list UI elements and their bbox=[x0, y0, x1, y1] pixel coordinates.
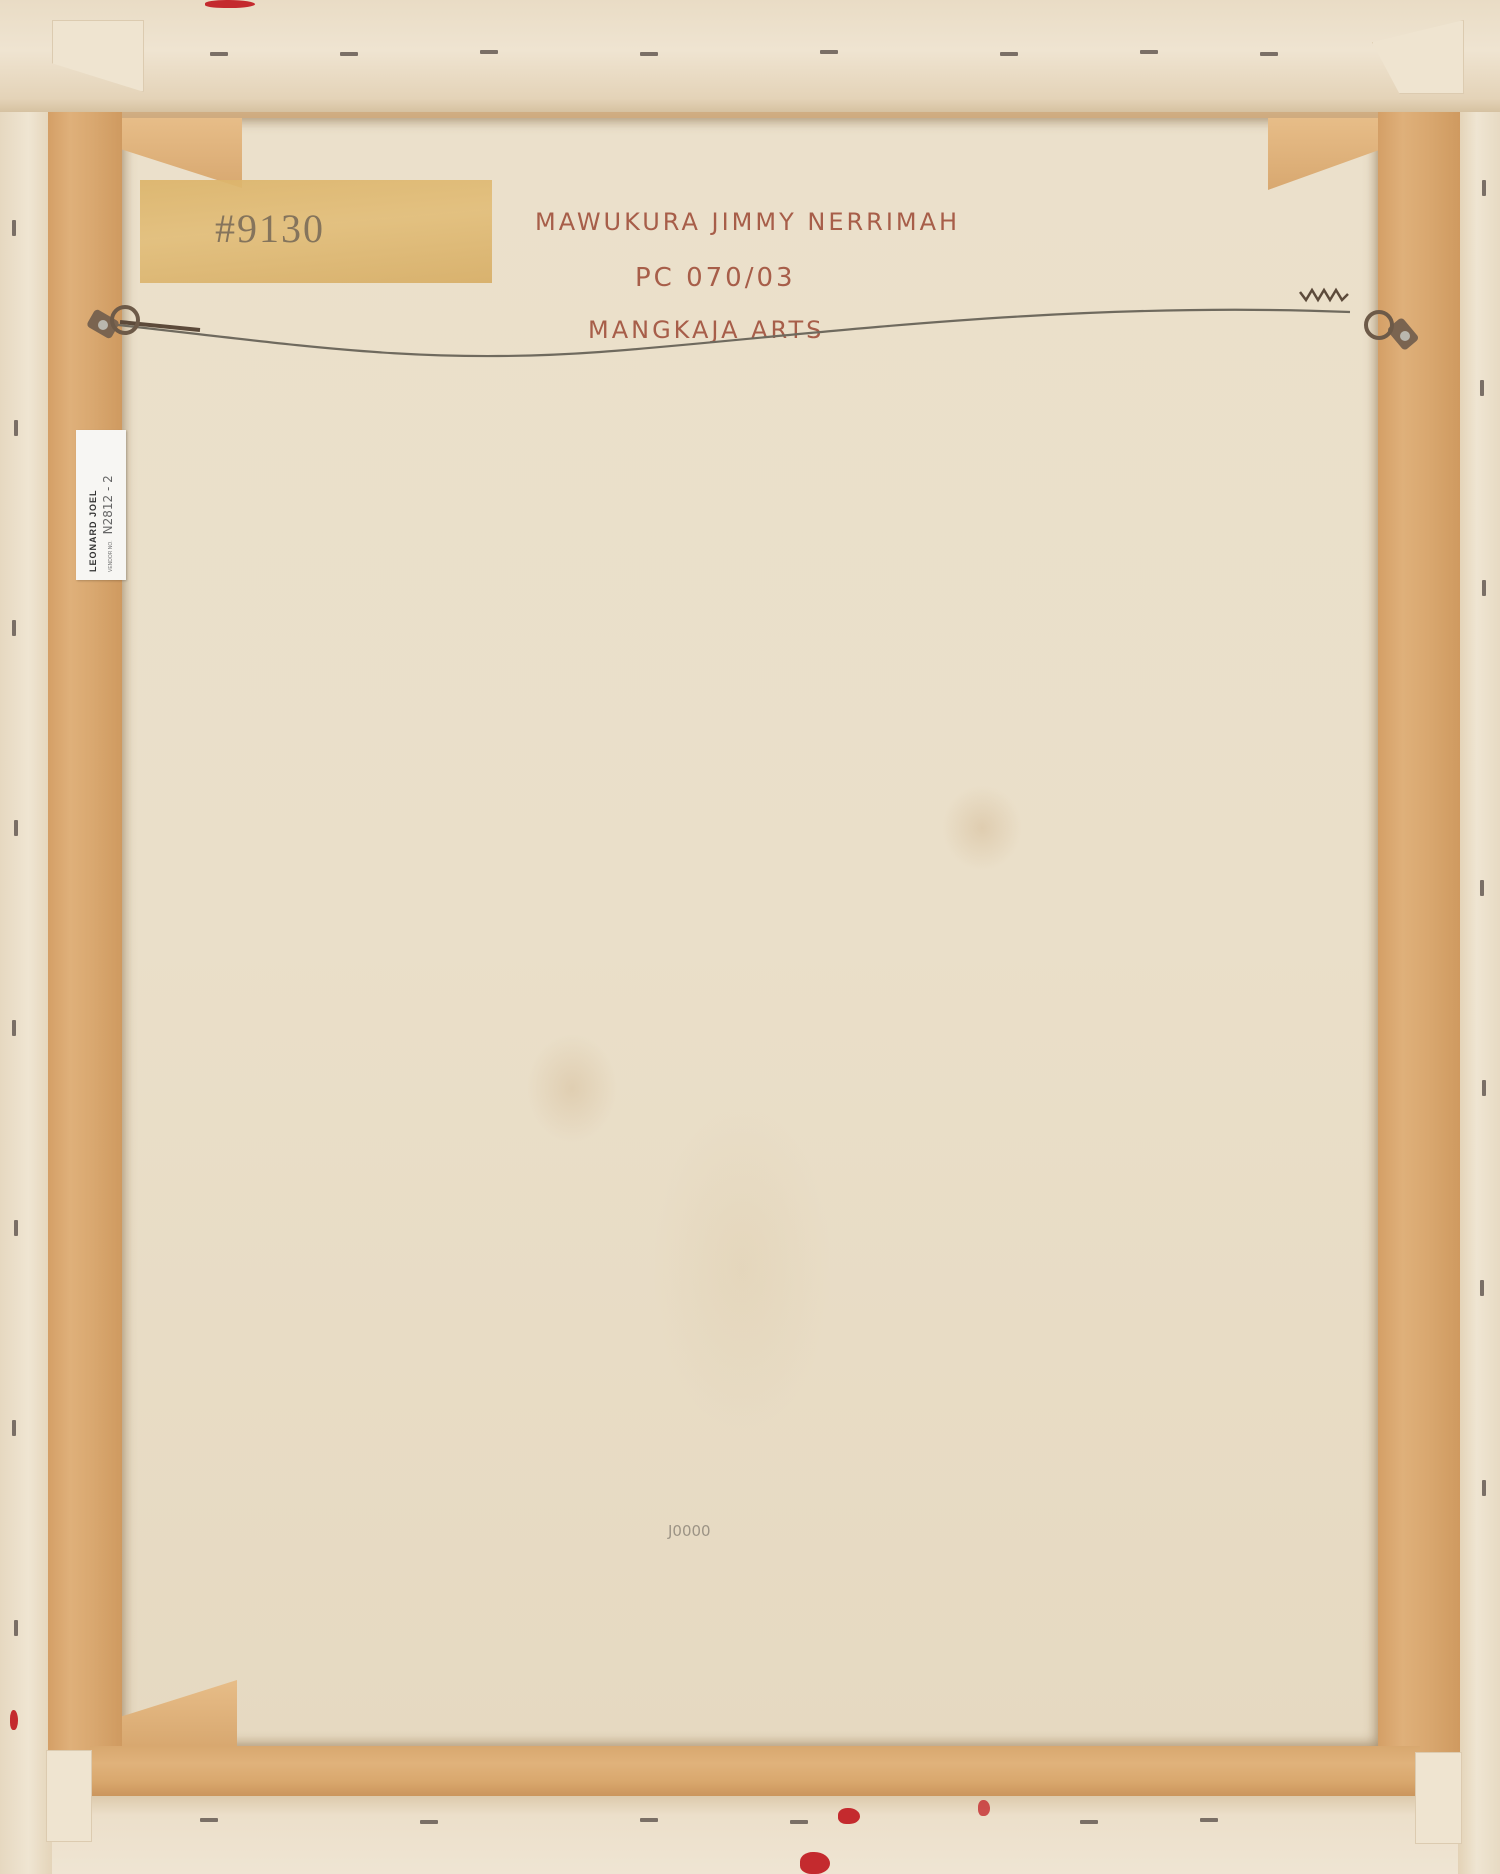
staple-icon bbox=[1482, 580, 1486, 596]
staple-icon bbox=[200, 1818, 218, 1822]
auction-house-name: LEONARD JOEL bbox=[88, 430, 98, 572]
d-ring-right bbox=[1364, 310, 1394, 340]
staple-icon bbox=[480, 50, 498, 54]
staple-icon bbox=[1480, 880, 1484, 896]
staple-icon bbox=[12, 220, 16, 236]
staple-icon bbox=[420, 1820, 438, 1824]
red-paint-mark bbox=[205, 0, 255, 8]
staple-icon bbox=[12, 1420, 16, 1436]
staple-icon bbox=[14, 820, 18, 836]
staple-icon bbox=[210, 52, 228, 56]
staple-icon bbox=[640, 1818, 658, 1822]
staple-icon bbox=[12, 1020, 16, 1036]
staple-icon bbox=[820, 50, 838, 54]
red-paint-mark bbox=[978, 1800, 990, 1816]
auction-label: LEONARD JOEL VENDOR NO. N2812 - 2 bbox=[76, 430, 126, 580]
staple-icon bbox=[640, 52, 658, 56]
staple-icon bbox=[1480, 380, 1484, 396]
d-ring-left bbox=[110, 305, 140, 335]
staple-icon bbox=[1000, 52, 1018, 56]
staple-icon bbox=[1140, 50, 1158, 54]
vendor-number: N2812 - 2 bbox=[101, 475, 115, 534]
staple-icon bbox=[14, 420, 18, 436]
staple-icon bbox=[1482, 1480, 1486, 1496]
red-paint-mark bbox=[838, 1808, 860, 1824]
staple-icon bbox=[14, 1620, 18, 1636]
staple-icon bbox=[1080, 1820, 1098, 1824]
staple-icon bbox=[1480, 1280, 1484, 1296]
hanging-wire bbox=[0, 0, 1500, 1874]
screw-icon bbox=[98, 320, 108, 330]
staple-icon bbox=[14, 1220, 18, 1236]
pencil-mark: J0000 bbox=[668, 1522, 711, 1540]
staple-icon bbox=[1260, 52, 1278, 56]
staple-icon bbox=[1482, 1080, 1486, 1096]
red-paint-mark bbox=[800, 1852, 830, 1874]
red-paint-mark bbox=[10, 1710, 18, 1730]
staple-icon bbox=[1200, 1818, 1218, 1822]
staple-icon bbox=[790, 1820, 808, 1824]
staple-icon bbox=[340, 52, 358, 56]
screw-icon bbox=[1400, 331, 1410, 341]
staple-icon bbox=[1482, 180, 1486, 196]
staple-icon bbox=[12, 620, 16, 636]
vendor-caption: VENDOR NO. bbox=[108, 540, 114, 572]
